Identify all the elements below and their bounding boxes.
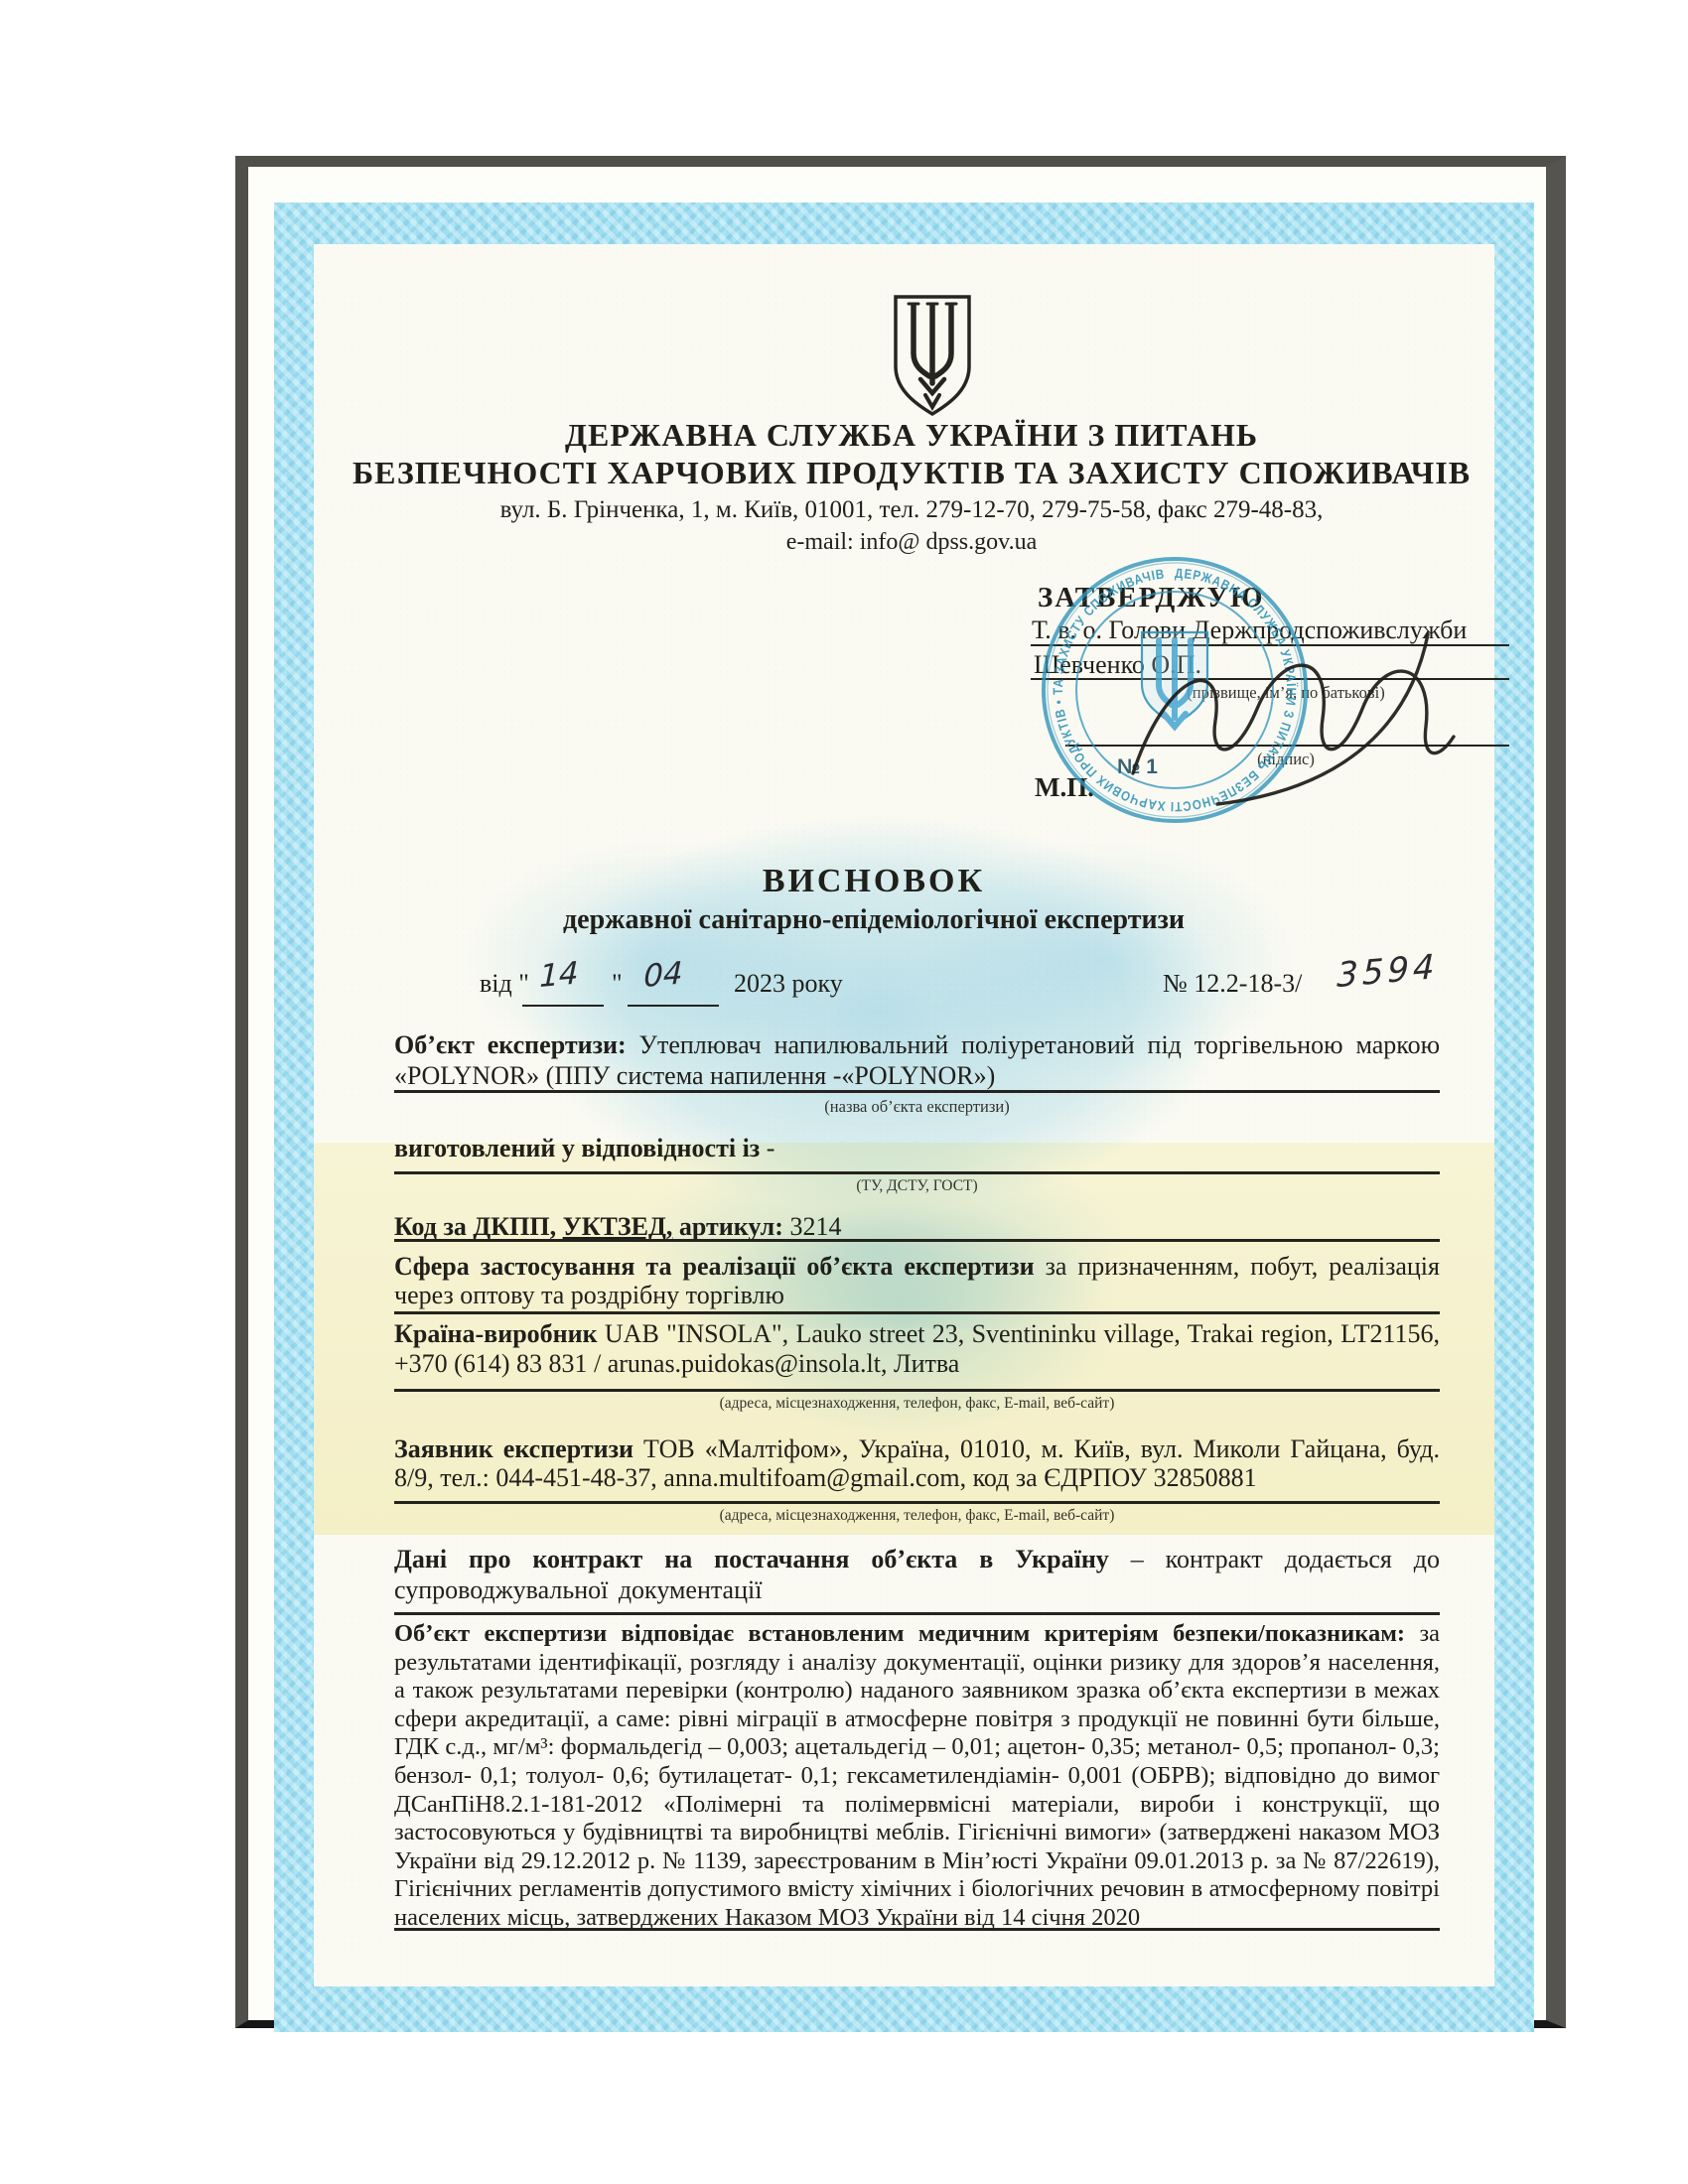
agency-address: вул. Б. Грінченка, 1, м. Київ, 01001, те… xyxy=(276,495,1547,525)
section-code: Код за ДКПП, УКТЗЕД, артикул: 3214 xyxy=(394,1211,1440,1242)
section-made-rule xyxy=(394,1171,1440,1174)
section-applicant-caption: (адреса, місцезнаходження, телефон, факс… xyxy=(394,1507,1440,1525)
date-day-handwritten: 14 xyxy=(539,955,579,995)
section-object: Об’єкт експертизи: Утеплювач напилювальн… xyxy=(394,1029,1440,1091)
section-applicant: Заявник експертизи ТОВ «Малтіфом», Украї… xyxy=(394,1434,1440,1492)
date-from-label: від " xyxy=(480,969,529,1000)
signature-ink xyxy=(1098,610,1466,818)
section-contract: Дані про контракт на постачання об’єкта … xyxy=(394,1544,1440,1605)
date-month-line xyxy=(628,1005,719,1007)
section-made-caption: (ТУ, ДСТУ, ГОСТ) xyxy=(394,1177,1440,1195)
section-conclusion-label: Об’єкт експертизи відповідає встановлени… xyxy=(394,1620,1405,1647)
section-object-caption: (назва об’єкта експертизи) xyxy=(394,1097,1440,1116)
section-made: виготовлений у відповідності із - xyxy=(394,1133,1440,1163)
section-applicant-rule xyxy=(394,1501,1440,1504)
scanned-document-page: ДЕРЖАВНА СЛУЖБА УКРАЇНИ З ПИТАНЬ БЕЗПЕЧН… xyxy=(0,0,1688,2184)
section-manufacturer-rule xyxy=(394,1389,1440,1392)
section-code-rule xyxy=(394,1239,1440,1242)
section-conclusion-text: за результатами ідентифікації, розгляду … xyxy=(394,1620,1440,1931)
section-code-value: 3214 xyxy=(783,1212,842,1241)
agency-email: e-mail: info@ dpss.gov.ua xyxy=(276,528,1547,556)
certificate-scan: ДЕРЖАВНА СЛУЖБА УКРАЇНИ З ПИТАНЬ БЕЗПЕЧН… xyxy=(235,156,1566,2028)
doc-number-label: № 12.2-18-3/ xyxy=(1163,969,1302,1000)
section-object-rule xyxy=(394,1090,1440,1093)
section-scope-rule xyxy=(394,1311,1440,1314)
date-close-quote: " xyxy=(612,969,623,1000)
section-contract-label: Дані про контракт на постачання об’єкта … xyxy=(394,1545,1109,1573)
section-scope-label: Сфера застосування та реалізації об’єкта… xyxy=(394,1252,1035,1281)
date-year-label: 2023 року xyxy=(734,969,843,1000)
agency-name-line-1: ДЕРЖАВНА СЛУЖБА УКРАЇНИ З ПИТАНЬ xyxy=(276,417,1547,455)
document-title: ВИСНОВОК xyxy=(343,862,1405,901)
section-applicant-label: Заявник експертизи xyxy=(394,1434,633,1463)
section-manufacturer: Країна-виробник UAB "INSOLA", Lauko stre… xyxy=(394,1319,1440,1379)
section-contract-rule xyxy=(394,1612,1440,1615)
section-object-label: Об’єкт експертизи: xyxy=(394,1030,627,1059)
section-code-label-pre: Код за ДКПП, xyxy=(394,1212,563,1241)
section-made-text: - xyxy=(760,1134,774,1162)
date-day-line xyxy=(522,1005,604,1007)
trident-emblem-icon xyxy=(886,292,979,421)
document-subtitle: державної санітарно-епідеміологічної екс… xyxy=(343,903,1405,936)
section-code-label-uktzed: УКТЗЕД, xyxy=(563,1212,673,1241)
section-made-label: виготовлений у відповідності із xyxy=(394,1134,760,1162)
section-scope: Сфера застосування та реалізації об’єкта… xyxy=(394,1252,1440,1309)
section-conclusion: Об’єкт експертизи відповідає встановлени… xyxy=(394,1620,1440,1933)
date-month-handwritten: 04 xyxy=(643,955,683,995)
section-manufacturer-label: Країна-виробник xyxy=(394,1319,598,1348)
agency-name-line-2: БЕЗПЕЧНОСТІ ХАРЧОВИХ ПРОДУКТІВ ТА ЗАХИСТ… xyxy=(276,455,1547,492)
section-code-label-post: артикул: xyxy=(672,1212,783,1241)
section-conclusion-rule xyxy=(394,1928,1440,1931)
section-manufacturer-caption: (адреса, місцезнаходження, телефон, факс… xyxy=(394,1395,1440,1413)
